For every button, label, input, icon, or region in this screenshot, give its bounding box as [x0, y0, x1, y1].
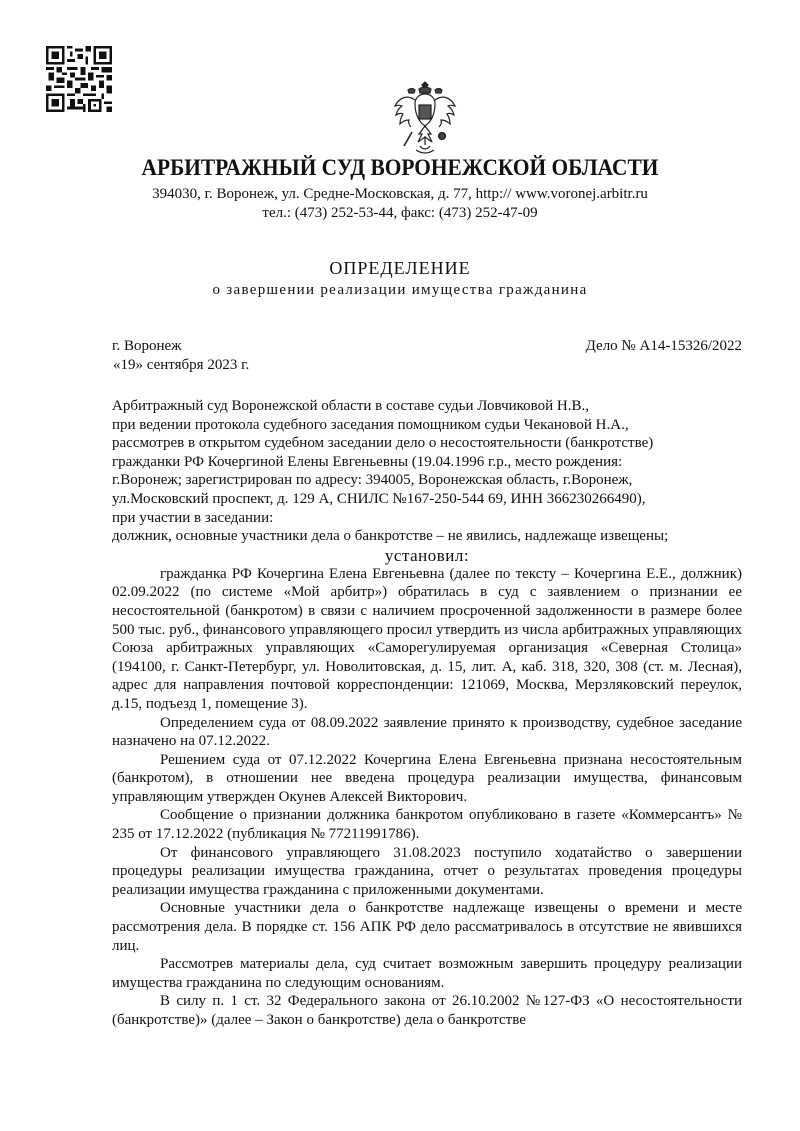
paragraph: В силу п. 1 ст. 32 Федерального закона о… — [112, 992, 742, 1029]
paragraph: Определением суда от 08.09.2022 заявлени… — [112, 714, 742, 751]
intro-block: Арбитражный суд Воронежской области в со… — [112, 397, 742, 546]
document-type: ОПРЕДЕЛЕНИЕ — [0, 258, 800, 279]
paragraph: Основные участники дела о банкротстве на… — [112, 899, 742, 955]
qr-code-icon — [46, 46, 112, 112]
intro-line: должник, основные участники дела о банкр… — [112, 527, 742, 546]
court-phones: тел.: (473) 252-53-44, факс: (473) 252-4… — [0, 205, 800, 222]
paragraph: Решением суда от 07.12.2022 Кочергина Ел… — [112, 751, 742, 807]
intro-line: г.Воронеж; зарегистрирован по адресу: 39… — [112, 471, 742, 490]
court-address: 394030, г. Воронеж, ул. Средне-Московска… — [0, 186, 800, 203]
case-number: Дело № А14-15326/2022 — [586, 338, 742, 355]
coat-of-arms-icon — [392, 78, 458, 156]
intro-line: ул.Московский проспект, д. 129 А, СНИЛС … — [112, 490, 742, 509]
document-city: г. Воронеж — [112, 338, 182, 355]
document-subtitle: о завершении реализации имущества гражда… — [0, 282, 800, 299]
paragraph: Сообщение о признании должника банкротом… — [112, 806, 742, 843]
intro-line: Арбитражный суд Воронежской области в со… — [112, 397, 742, 416]
paragraph: Рассмотрев материалы дела, суд считает в… — [112, 955, 742, 992]
paragraph: От финансового управляющего 31.08.2023 п… — [112, 844, 742, 900]
established-heading: установил: — [112, 546, 742, 565]
court-name: АРБИТРАЖНЫЙ СУД ВОРОНЕЖСКОЙ ОБЛАСТИ — [28, 155, 772, 181]
intro-line: рассмотрев в открытом судебном заседании… — [112, 434, 742, 453]
document-body: Арбитражный суд Воронежской области в со… — [112, 397, 742, 1030]
intro-line: гражданки РФ Кочергиной Елены Евгеньевны… — [112, 453, 742, 472]
paragraph: гражданка РФ Кочергина Елена Евгеньевна … — [112, 565, 742, 714]
document-date: «19» сентября 2023 г. — [113, 357, 249, 374]
intro-line: при участии в заседании: — [112, 509, 742, 528]
intro-line: при ведении протокола судебного заседани… — [112, 416, 742, 435]
